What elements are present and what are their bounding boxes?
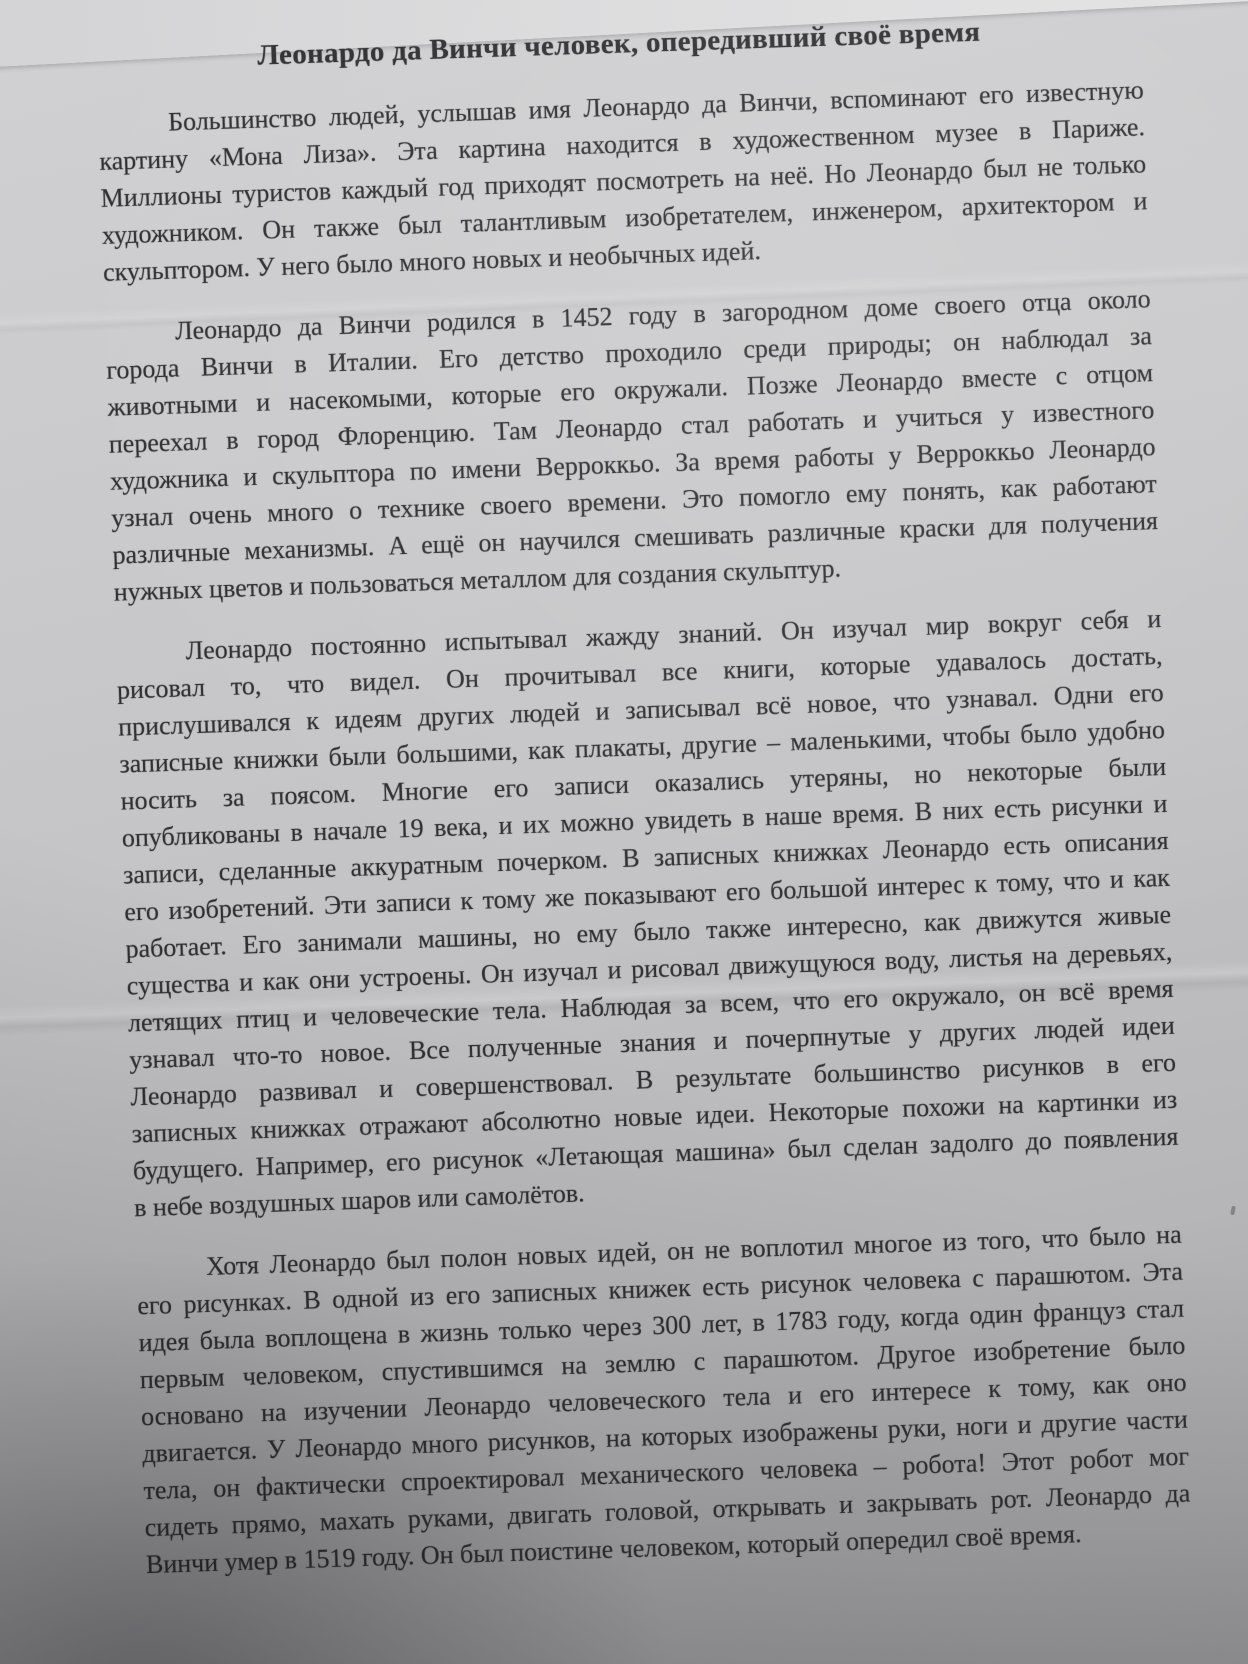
document-page: Леонардо да Винчи человек, опередивший с… [95, 0, 1192, 1583]
paper-speck [1230, 1206, 1236, 1216]
paragraph: Хотя Леонардо был полон новых идей, он н… [136, 1216, 1192, 1583]
document-body: Большинство людей, услышав имя Леонардо … [98, 71, 1192, 1583]
paragraph: Леонардо постоянно испытывал жажду знани… [115, 600, 1180, 1226]
paragraph: Леонардо да Винчи родился в 1452 году в … [105, 280, 1160, 611]
paragraph: Большинство людей, услышав имя Леонардо … [98, 71, 1150, 291]
document-photo: Леонардо да Винчи человек, опередивший с… [0, 0, 1248, 1664]
